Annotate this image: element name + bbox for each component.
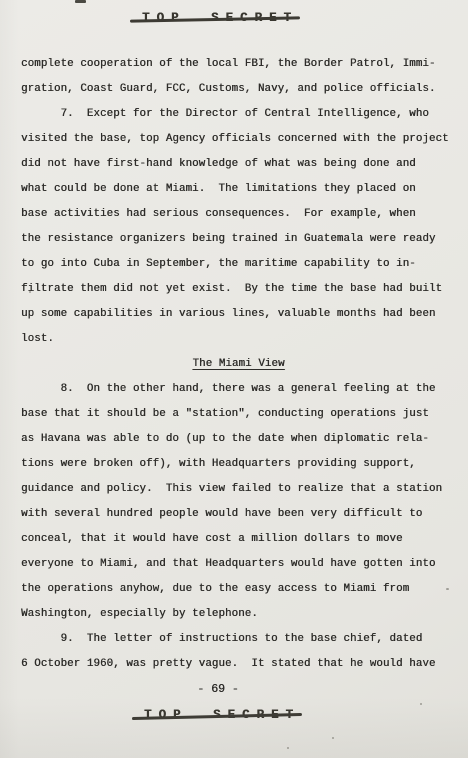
scan-artifact-mark bbox=[75, 0, 86, 3]
scan-speckle bbox=[446, 588, 449, 590]
paragraph-intro-continuation: complete cooperation of the local FBI, t… bbox=[21, 52, 456, 102]
paragraph-7: 7. Except for the Director of Central In… bbox=[21, 102, 456, 352]
section-heading-miami-view: The Miami View bbox=[21, 352, 456, 377]
classification-stamp-top: TOP SECRET bbox=[142, 11, 298, 25]
document-body: complete cooperation of the local FBI, t… bbox=[21, 52, 456, 677]
classification-stamp-bottom: TOP SECRET bbox=[144, 708, 300, 722]
scan-speckle bbox=[29, 291, 31, 293]
paragraph-8: 8. On the other hand, there was a genera… bbox=[21, 377, 456, 627]
scanned-document-page: TOP SECRET complete cooperation of the l… bbox=[0, 0, 468, 758]
paragraph-9: 9. The letter of instructions to the bas… bbox=[21, 627, 456, 677]
scan-speckle bbox=[420, 703, 422, 705]
scan-speckle bbox=[332, 737, 334, 739]
page-number: - 69 - bbox=[197, 682, 238, 698]
scan-speckle bbox=[287, 747, 289, 749]
